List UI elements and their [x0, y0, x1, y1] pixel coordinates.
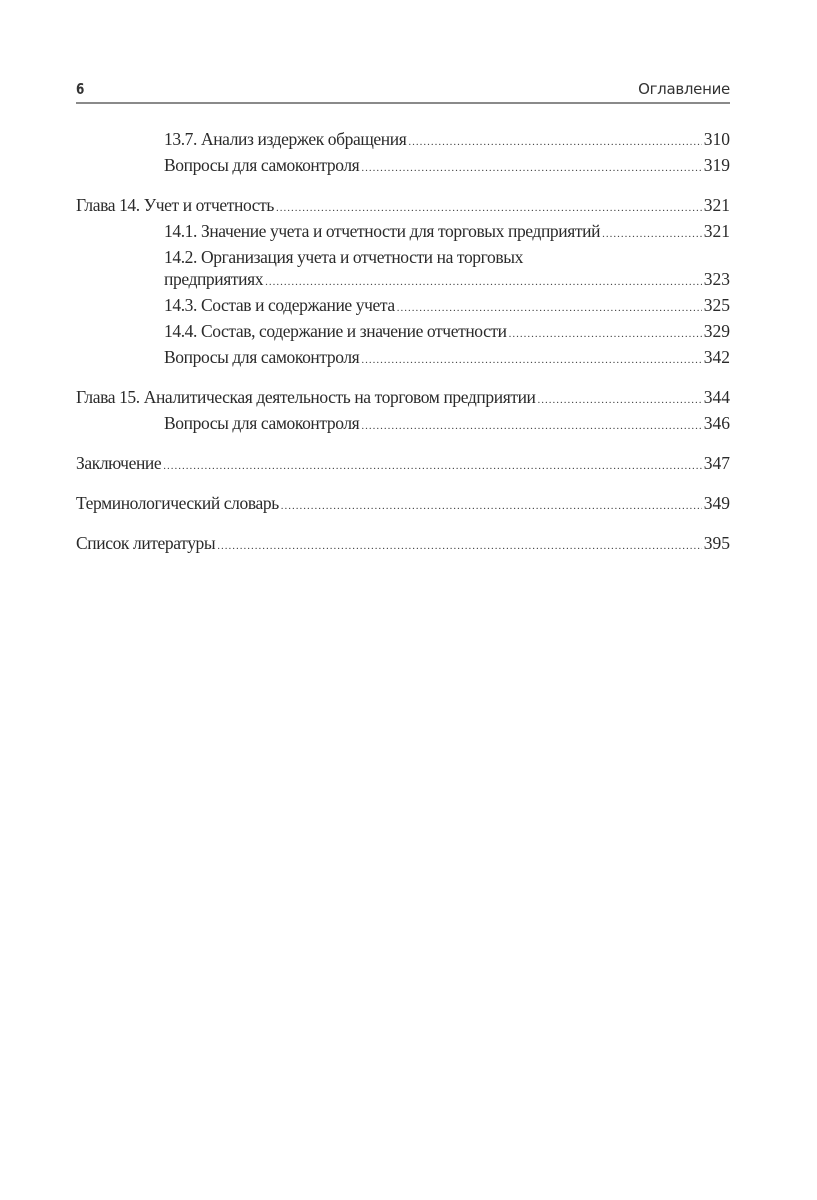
toc-entry-page: 321	[704, 218, 730, 244]
toc-chapter-entry[interactable]: Глава 15. Аналитическая деятельность на …	[76, 384, 730, 410]
toc-entry-page: 349	[704, 490, 730, 516]
toc-bibliography-entry[interactable]: Список литературы 395	[76, 530, 730, 556]
dot-leader	[361, 347, 701, 373]
toc-entry-title: Глава 14. Учет и отчетность	[76, 192, 274, 218]
toc-entry-page: 347	[704, 450, 730, 476]
toc-entry-page: 329	[704, 318, 730, 344]
table-of-contents: 13.7. Анализ издержек обращения 310 Вопр…	[76, 126, 730, 556]
toc-entry-title: Заключение	[76, 450, 161, 476]
toc-entry-title: 14.1. Значение учета и отчетности для то…	[164, 218, 600, 244]
toc-entry[interactable]: 13.7. Анализ издержек обращения 310	[76, 126, 730, 152]
toc-conclusion-entry[interactable]: Заключение 347	[76, 450, 730, 476]
page-number: 6	[76, 80, 84, 98]
toc-entry-title: Список литературы	[76, 530, 215, 556]
toc-entry-title-line1: 14.2. Организация учета и отчетности на …	[164, 244, 730, 266]
dot-leader	[538, 387, 702, 413]
toc-glossary-entry[interactable]: Терминологический словарь 349	[76, 490, 730, 516]
dot-leader	[361, 155, 701, 181]
toc-entry[interactable]: 14.2. Организация учета и отчетности на …	[76, 244, 730, 292]
toc-entry-title: Вопросы для самоконтроля	[164, 410, 359, 436]
dot-leader	[281, 493, 702, 519]
toc-entry-page: 323	[704, 266, 730, 292]
toc-entry[interactable]: 14.3. Состав и содержание учета 325	[76, 292, 730, 318]
toc-entry-page: 344	[704, 384, 730, 410]
toc-entry-title: Глава 15. Аналитическая деятельность на …	[76, 384, 536, 410]
toc-entry[interactable]: Вопросы для самоконтроля 342	[76, 344, 730, 370]
running-title: Оглавление	[638, 80, 730, 98]
toc-entry-page: 346	[704, 410, 730, 436]
toc-entry[interactable]: 14.1. Значение учета и отчетности для то…	[76, 218, 730, 244]
toc-entry-title: 14.4. Состав, содержание и значение отче…	[164, 318, 507, 344]
toc-entry[interactable]: Вопросы для самоконтроля 346	[76, 410, 730, 436]
toc-entry-title: 13.7. Анализ издержек обращения	[164, 126, 406, 152]
toc-entry[interactable]: Вопросы для самоконтроля 319	[76, 152, 730, 178]
toc-entry-page: 321	[704, 192, 730, 218]
toc-entry[interactable]: 14.4. Состав, содержание и значение отче…	[76, 318, 730, 344]
dot-leader	[408, 129, 701, 155]
dot-leader	[217, 533, 702, 559]
toc-entry-page: 325	[704, 292, 730, 318]
page-header: 6 Оглавление	[76, 78, 730, 104]
toc-chapter-entry[interactable]: Глава 14. Учет и отчетность 321	[76, 192, 730, 218]
toc-entry-title-line2: предприятиях	[164, 266, 263, 292]
dot-leader	[163, 453, 702, 479]
toc-entry-page: 310	[704, 126, 730, 152]
toc-entry-title: Вопросы для самоконтроля	[164, 152, 359, 178]
dot-leader	[602, 221, 702, 247]
dot-leader	[361, 413, 701, 439]
toc-entry-page: 319	[704, 152, 730, 178]
dot-leader	[509, 321, 702, 347]
toc-entry-page: 342	[704, 344, 730, 370]
toc-entry-title: Вопросы для самоконтроля	[164, 344, 359, 370]
toc-entry-title: Терминологический словарь	[76, 490, 279, 516]
toc-entry-page: 395	[704, 530, 730, 556]
toc-entry-title: 14.3. Состав и содержание учета	[164, 292, 395, 318]
